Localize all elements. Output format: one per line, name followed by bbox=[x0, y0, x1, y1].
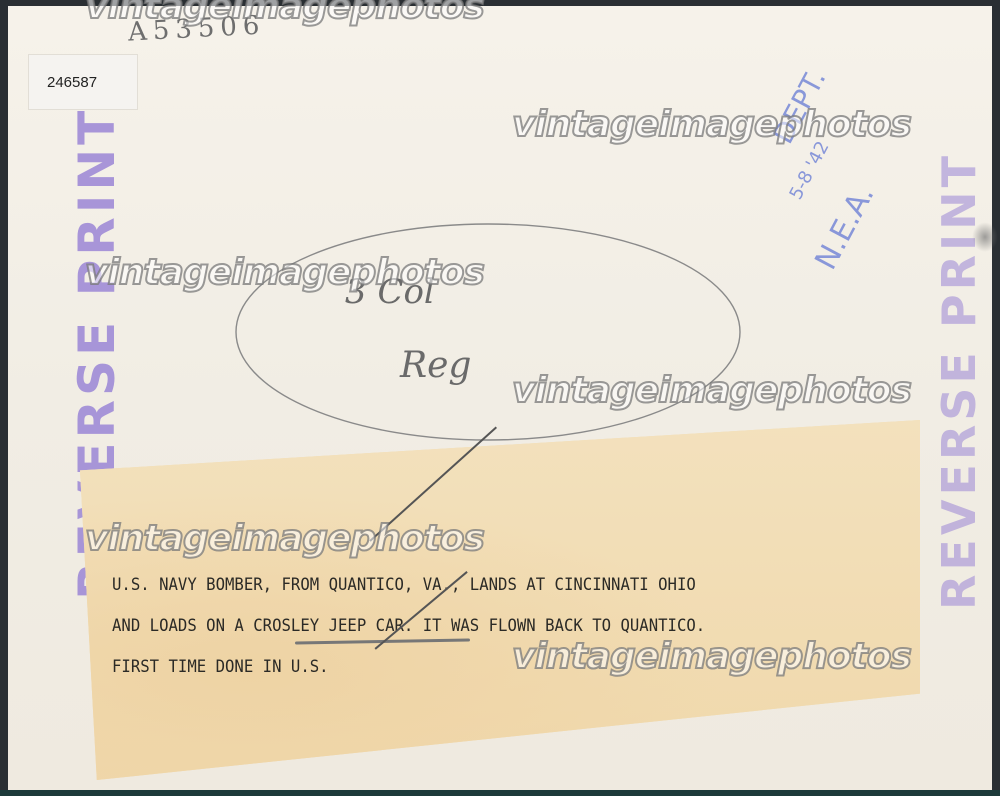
dept-stamp: DEPT. 5-8 '42 N.E.A. bbox=[720, 40, 920, 250]
watermark: vintageimagephotos bbox=[512, 104, 911, 145]
watermark: vintageimagephotos bbox=[512, 636, 911, 677]
watermark: vintageimagephotos bbox=[85, 518, 484, 559]
watermark: vintageimagephotos bbox=[512, 370, 911, 411]
inventory-number: 246587 bbox=[47, 74, 97, 91]
smudge-mark bbox=[972, 222, 998, 252]
bottom-edge bbox=[0, 790, 1000, 796]
reverse-print-stamp-right: REVERSE PRINT bbox=[932, 152, 986, 610]
caption-line: U.S. NAVY BOMBER, FROM QUANTICO, VA., LA… bbox=[112, 565, 705, 606]
inventory-label: 246587 bbox=[28, 54, 138, 110]
oval-note-reg: Reg bbox=[400, 345, 471, 386]
watermark: vintageimagephotos bbox=[85, 252, 484, 293]
watermark: vintageimagephotos bbox=[85, 0, 484, 27]
